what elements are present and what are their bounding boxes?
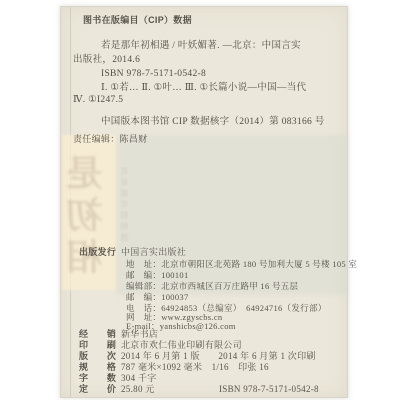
zip1-value: 100101 xyxy=(161,270,188,280)
format-value: 787 毫米×1092 毫米 1/16 印张 16 xyxy=(121,362,269,373)
editorial-office-value: 北京市西城区百万庄路甲 16 号五层 xyxy=(161,281,298,291)
cip-title-line: 若是那年初相遇 / 叶妖媚著. —北京：中国言实 xyxy=(101,41,301,52)
email-value: yanshicbs@126.com xyxy=(160,321,236,331)
publisher-name: 中国言实出版社 xyxy=(121,247,186,258)
wordcount-value: 304 千字 xyxy=(121,373,157,384)
zip2-label: 邮 编： xyxy=(126,292,161,303)
cip-classification-line2: Ⅳ. ①I247.5 xyxy=(73,95,123,106)
printer-label: 印 刷 xyxy=(79,340,116,351)
responsible-editor-line: 责任编辑：陈昌财 xyxy=(73,134,147,145)
book-copyright-page: 是初相 若是那年初相遇 图书在版编目（CIP）数据 若是那年初相遇 / 叶妖媚著… xyxy=(60,6,348,398)
distributor-value: 新华书店 xyxy=(121,329,158,340)
cip-header: 图书在版编目（CIP）数据 xyxy=(83,15,192,26)
publisher-address-row: 地 址：北京市朝阳区北苑路 180 号加利大厦 5 号楼 105 室 xyxy=(126,259,357,270)
edition-label: 版 次 xyxy=(79,351,116,362)
wordcount-label: 字 数 xyxy=(79,373,116,384)
cip-title-line2: 出版社，2014.6 xyxy=(73,55,140,66)
zip1-label: 邮 编： xyxy=(126,270,161,281)
price-value: 25.80 元 xyxy=(121,384,155,395)
cip-isbn-line: ISBN 978-7-5171-0542-8 xyxy=(101,69,206,80)
format-label: 规 格 xyxy=(79,362,116,373)
isbn-bottom: ISBN 978-7-5171-0542-8 xyxy=(219,384,319,395)
publisher-zip1-row: 邮 编：100101 xyxy=(126,270,189,281)
distributor-label: 经 销 xyxy=(79,329,116,340)
editorial-office-row: 编辑部：北京市西城区百万庄路甲 16 号五层 xyxy=(126,281,298,292)
address-value: 北京市朝阳区北苑路 180 号加利大厦 5 号楼 105 室 xyxy=(161,259,357,269)
cip-classification-line1: Ⅰ. ①若… Ⅱ. ①叶… Ⅲ. ①长篇小说—中国—当代 xyxy=(101,83,306,94)
printer-value: 北京市欢仁伟业印刷有限公司 xyxy=(121,340,242,351)
zip2-value: 100037 xyxy=(161,292,188,302)
cip-record-number-line: 中国版本图书馆 CIP 数据核字（2014）第 083166 号 xyxy=(101,117,325,128)
showthrough-large-text: 是初相 xyxy=(65,147,111,287)
price-label: 定 价 xyxy=(79,384,116,395)
address-label: 地 址： xyxy=(126,259,161,270)
editorial-office-label: 编辑部： xyxy=(126,281,161,292)
edition-value: 2014 年 6 月第 1 版 2014 年 6 月第 1 次印刷 xyxy=(121,351,316,362)
publisher-label: 出版发行 xyxy=(79,247,116,258)
publisher-zip2-row: 邮 编：100037 xyxy=(126,292,189,303)
